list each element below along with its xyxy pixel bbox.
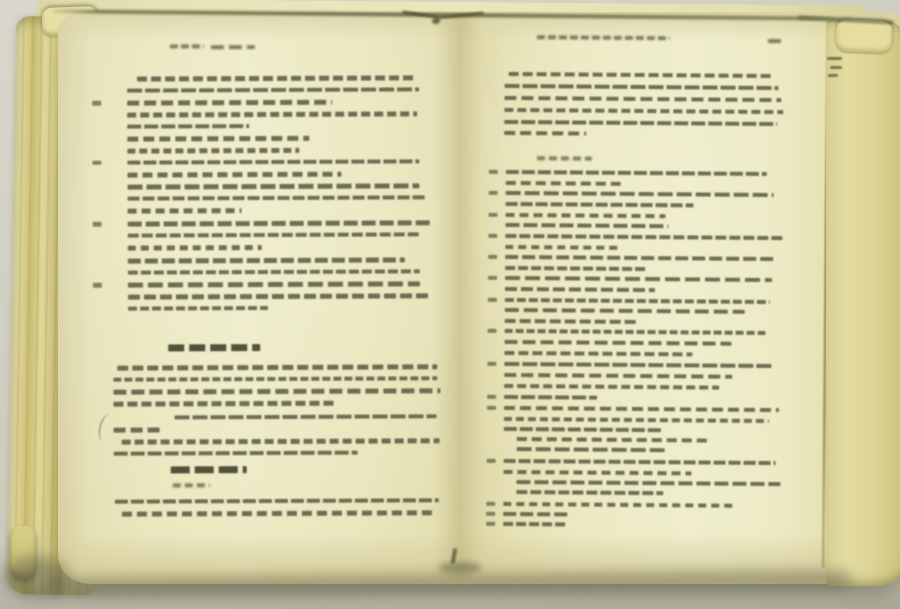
blurred-text-line [505, 329, 766, 335]
blurred-margin-number [488, 297, 497, 301]
blurred-text-line [504, 373, 732, 379]
blurred-margin-number [489, 191, 498, 195]
blurred-margin-number [488, 328, 497, 332]
blurred-text-line [504, 417, 769, 423]
blurred-text-line [504, 384, 719, 390]
blurred-margin-number [486, 512, 495, 516]
blurred-text-line [503, 470, 691, 475]
blurred-margin-number [488, 213, 497, 217]
blurred-text-line [504, 120, 777, 126]
blurred-text-line [504, 406, 779, 412]
blurred-text-line [505, 266, 647, 271]
blurred-text-line [516, 480, 780, 486]
blurred-text-fragment [768, 39, 782, 43]
blurred-text-line [505, 255, 775, 261]
blurred-text-line [517, 447, 665, 452]
blurred-text-line [504, 96, 781, 102]
blurred-text-line [516, 490, 663, 495]
blurred-text-line [504, 351, 692, 356]
blurred-margin-number [488, 233, 497, 237]
blurred-text-line [503, 512, 568, 517]
blurred-text-line [504, 459, 776, 465]
blurred-text-line [504, 131, 586, 136]
blurred-text-line [504, 362, 772, 368]
blurred-text-line [505, 245, 620, 250]
photograph [0, 0, 900, 609]
blurred-margin-number [486, 502, 495, 506]
blurred-margin-number [487, 406, 496, 410]
blurred-text-fragment [537, 35, 670, 40]
blurred-text-line [506, 181, 621, 186]
blurred-text-line [506, 202, 694, 207]
blurred-text-line [503, 522, 566, 526]
blurred-text-line [503, 502, 733, 508]
blurred-text-line [504, 340, 731, 346]
blurred-margin-number [489, 169, 498, 173]
blurred-text-line [505, 213, 665, 218]
photo-of-open-book [0, 0, 900, 609]
blurred-margin-number [488, 276, 497, 280]
blurred-text-line [504, 108, 783, 114]
blurred-text-line [505, 308, 745, 314]
blurred-text-line [506, 191, 774, 197]
blurred-text-line [505, 223, 668, 228]
blurred-text-line [506, 170, 767, 176]
blurred-text-line [517, 437, 712, 443]
blurred-text-line [504, 395, 597, 400]
blurred-text-line [505, 319, 640, 324]
blurred-text-line [505, 276, 772, 282]
blurred-text-line [505, 84, 779, 90]
blurred-text-fragment [537, 157, 592, 161]
blurred-text-line [505, 298, 770, 304]
blurred-text-line [505, 234, 782, 240]
blurred-margin-number [487, 361, 496, 365]
blurred-text-line [504, 427, 664, 432]
right-page-text [0, 0, 900, 609]
blurred-margin-number [487, 394, 496, 398]
blurred-text-line [505, 287, 655, 292]
blurred-margin-number [486, 521, 495, 525]
blurred-margin-number [488, 255, 497, 259]
blurred-margin-number [487, 458, 496, 462]
blurred-text-line [509, 72, 774, 78]
